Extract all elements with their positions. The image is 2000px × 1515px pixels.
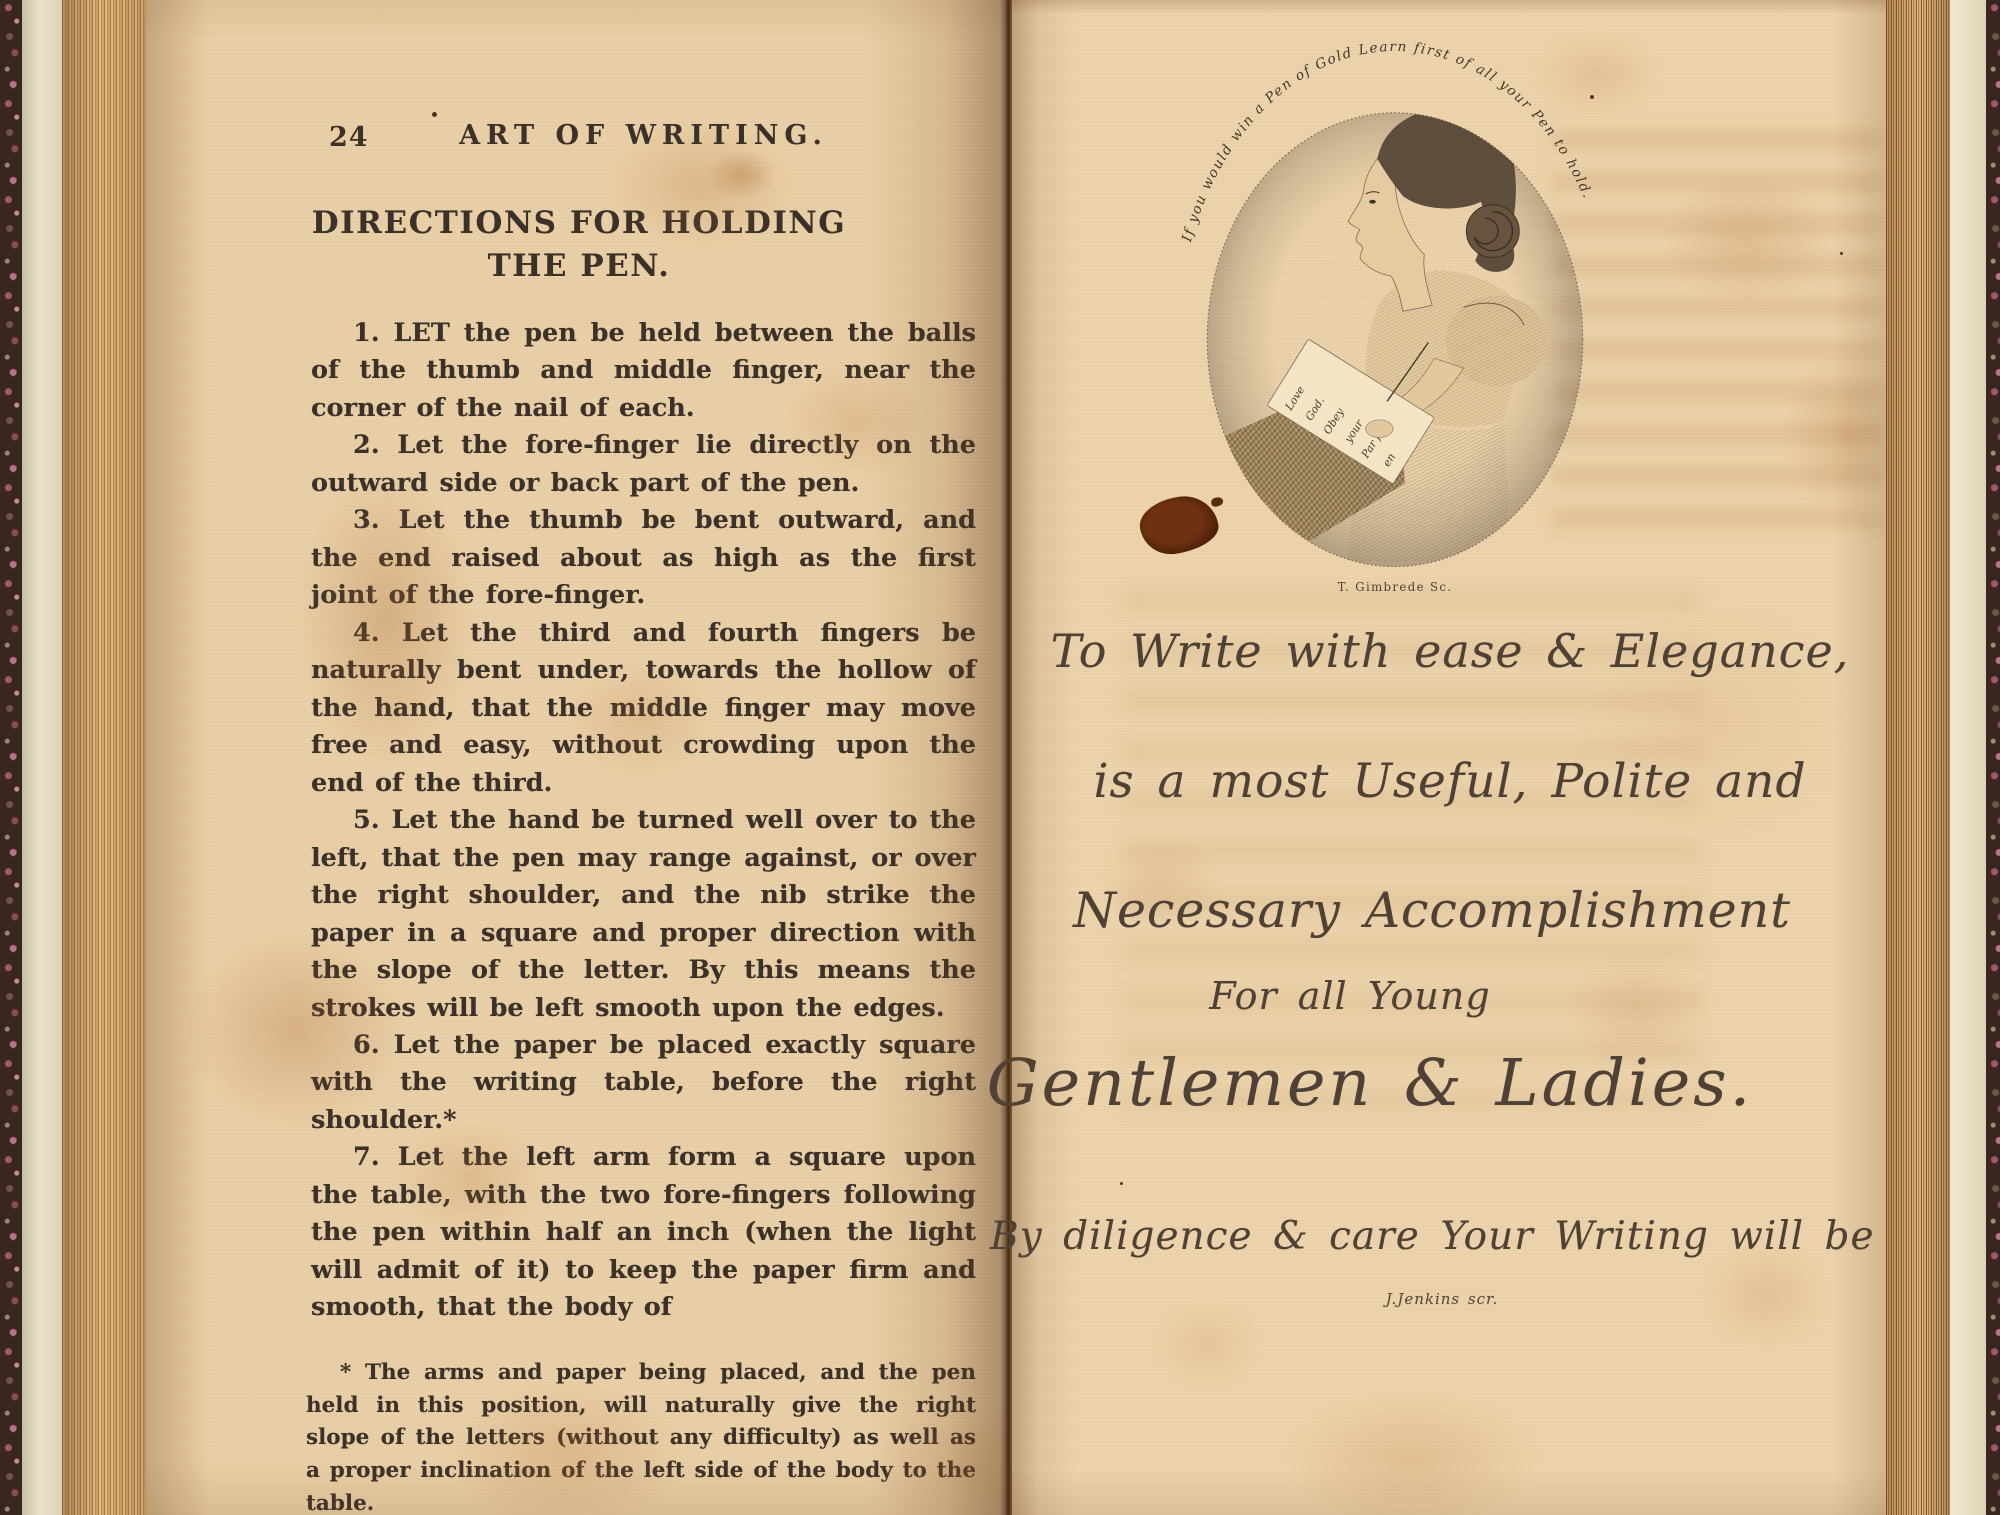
page-edges-right (1886, 0, 1950, 1515)
section-heading: DIRECTIONS FOR HOLDING THE PEN. (284, 202, 874, 289)
footnote: * The arms and paper being placed, and t… (306, 1357, 976, 1515)
page-header: 24 ART OF WRITING. (311, 120, 976, 162)
open-book-scan: 24 ART OF WRITING. DIRECTIONS FOR HOLDIN… (0, 0, 2000, 1515)
marbled-cover-right (1986, 0, 2000, 1515)
paragraph: 6. Let the paper be placed exactly squar… (311, 1027, 976, 1139)
right-page: If you would win a Pen of Gold Learn fir… (1012, 0, 1888, 1515)
running-title: ART OF WRITING. (311, 120, 976, 151)
ink-speck (432, 112, 437, 117)
paragraph: 1. LET the pen be held between the balls… (311, 315, 976, 427)
paragraph: 7. Let the left arm form a square upon t… (311, 1139, 976, 1326)
hand (1366, 420, 1393, 438)
marbled-cover-left (0, 0, 22, 1515)
engraver-credit: T. Gimbrede Sc. (1338, 580, 1453, 594)
paragraph: 2. Let the fore-finger lie directly on t… (311, 427, 976, 502)
portrait-engraving: If you would win a Pen of Gold Learn fir… (1170, 14, 1620, 636)
scribe-credit: J.Jenkins scr. (1004, 1290, 1880, 1308)
calligraphy-line: Gentlemen & Ladies. (932, 1046, 1808, 1121)
eye (1369, 200, 1376, 204)
calligraphy-line: is a most Useful, Polite and (1012, 754, 1888, 809)
paragraph: 4. Let the third and fourth fingers be n… (311, 615, 976, 802)
calligraphy-line: Necessary Accomplishment (994, 882, 1870, 939)
calligraphy-line: By diligence & care Your Writing will be… (990, 1214, 1866, 1259)
left-page: 24 ART OF WRITING. DIRECTIONS FOR HOLDIN… (146, 0, 1012, 1515)
body-text: 1. LET the pen be held between the balls… (311, 315, 976, 1327)
ink-speck (1120, 1182, 1123, 1185)
ink-speck (1840, 252, 1843, 255)
page-edges-left (62, 0, 146, 1515)
paragraph: 3. Let the thumb be bent outward, and th… (311, 502, 976, 614)
paragraph: 5. Let the hand be turned well over to t… (311, 802, 976, 1027)
endpaper-left (22, 0, 62, 1515)
calligraphy-line: For all Young (912, 974, 1788, 1018)
calligraphy-line: To Write with ease & Elegance, (1012, 624, 1888, 678)
endpaper-right (1950, 0, 1986, 1515)
